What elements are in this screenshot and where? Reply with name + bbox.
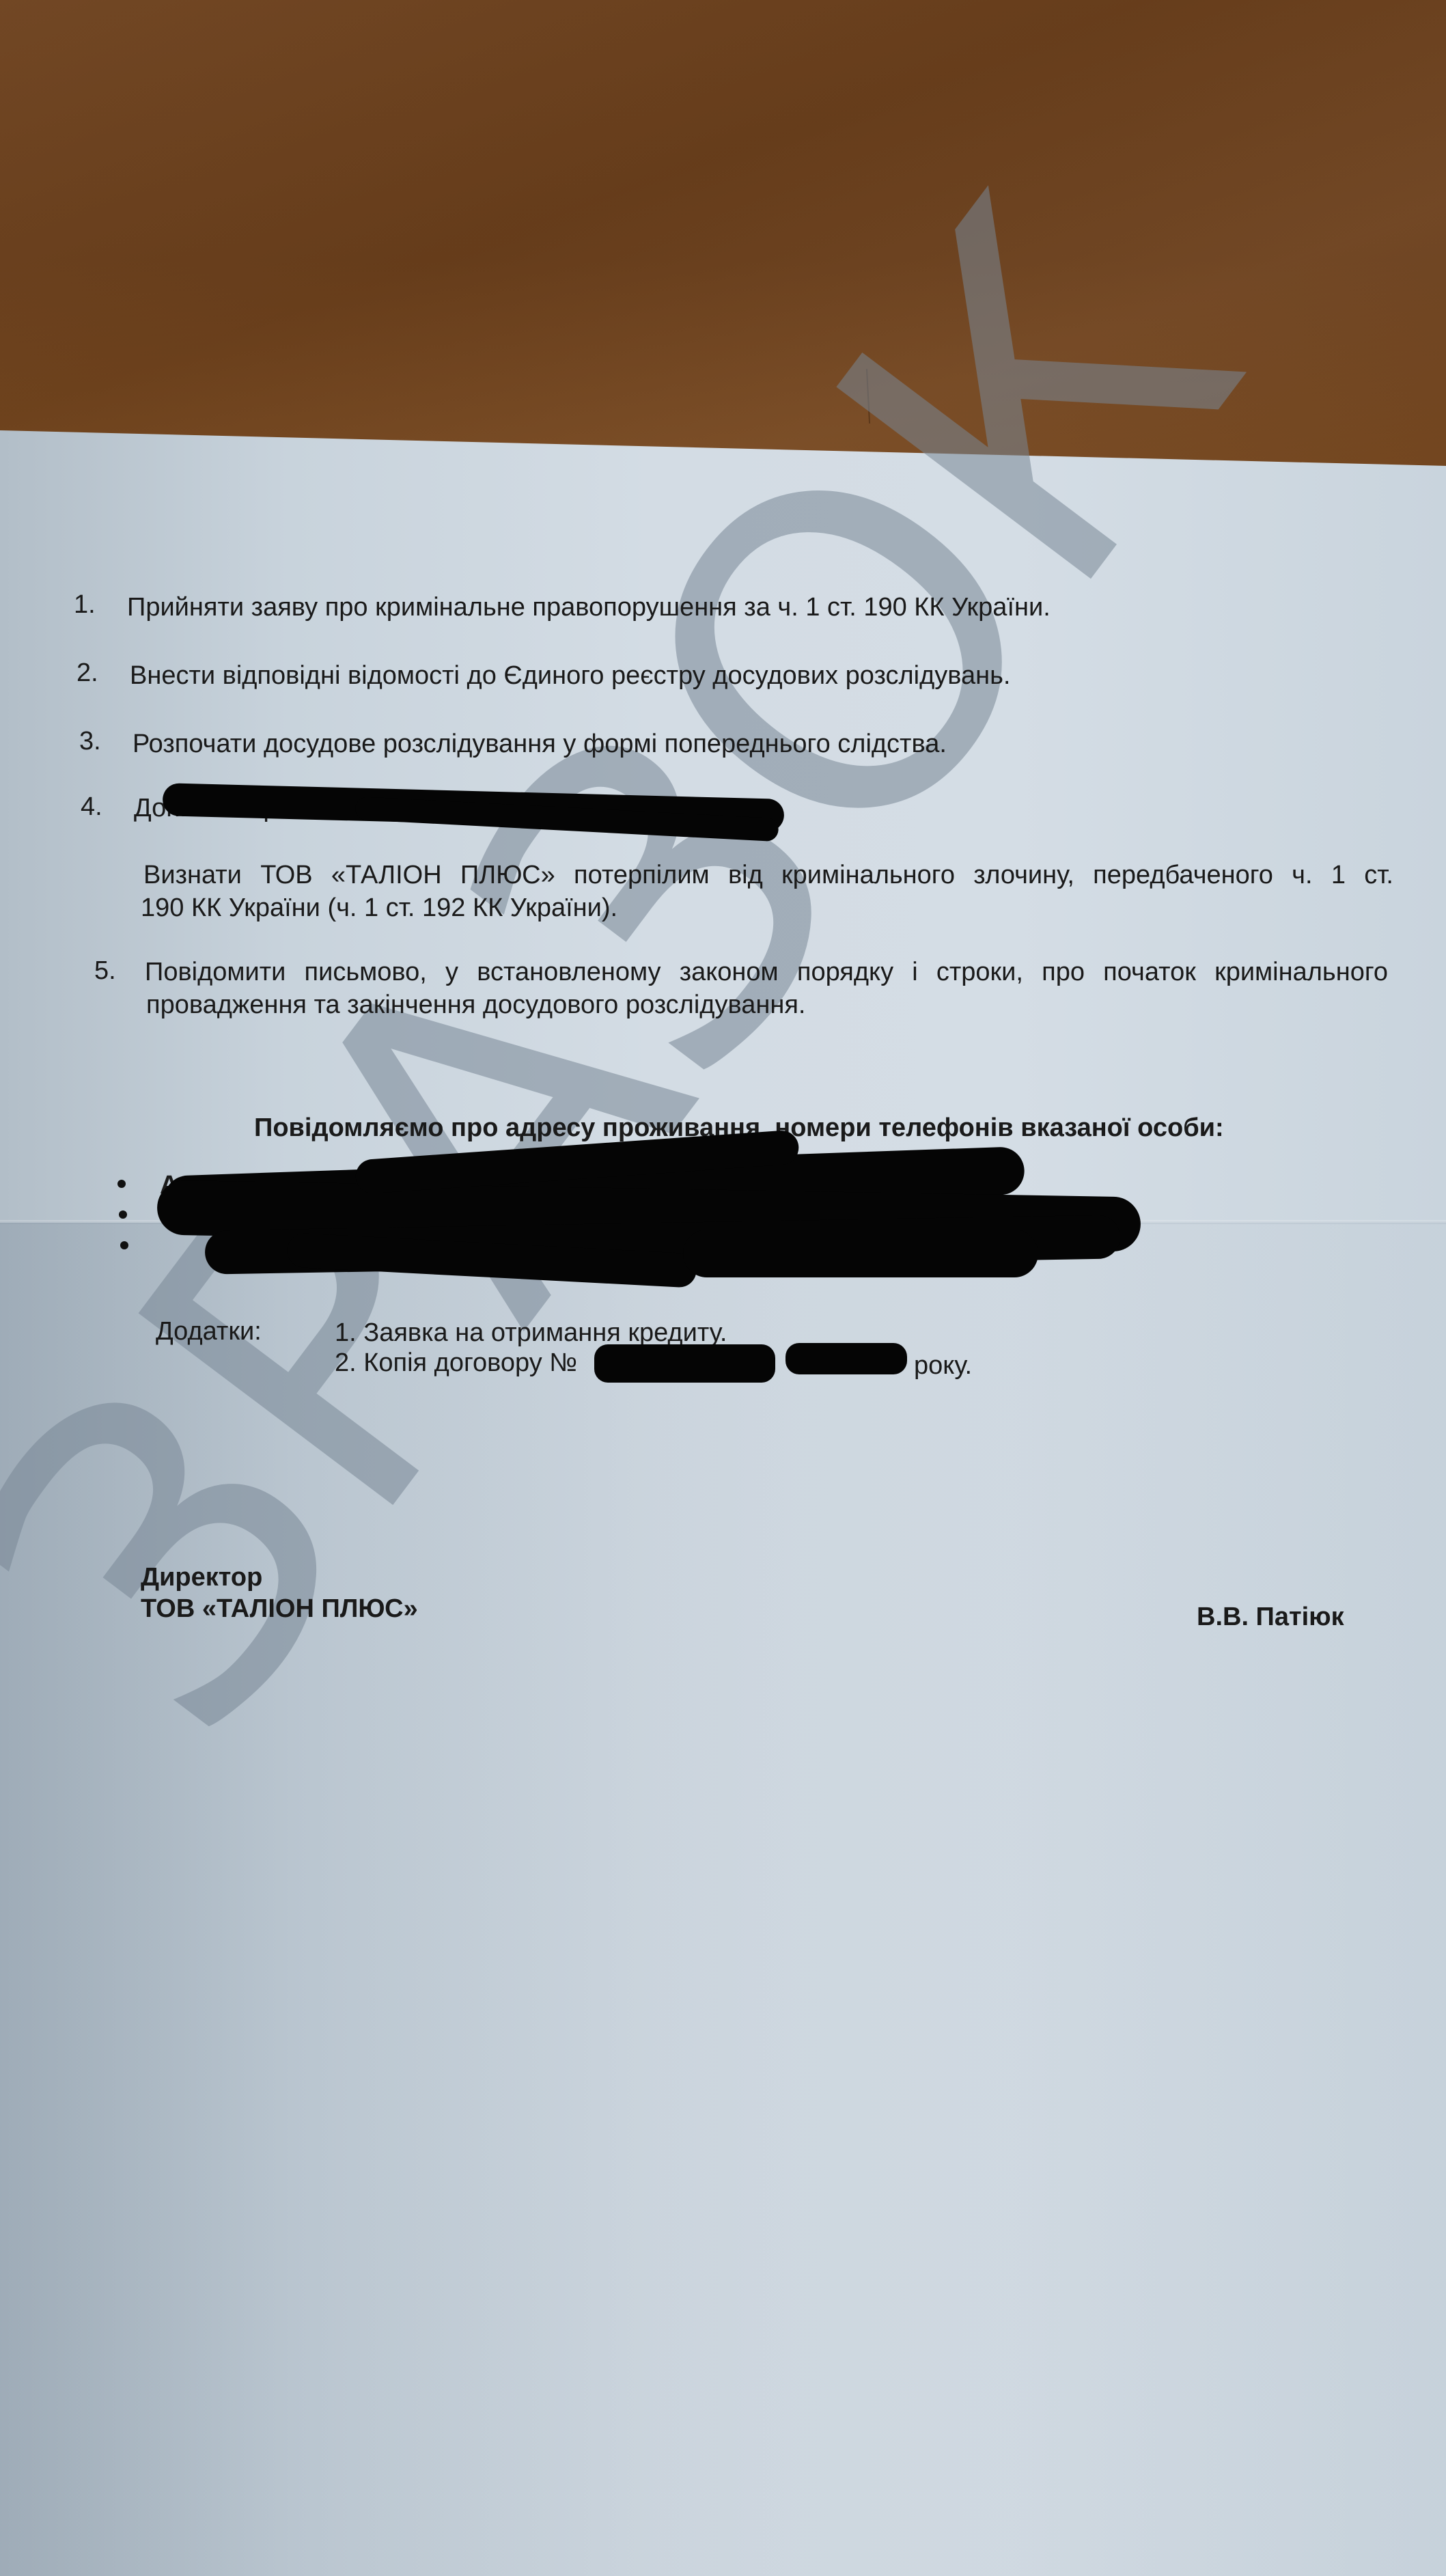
request-item-3: Розпочати досудове розслідування у формі… [133,728,947,760]
signatory-company: ТОВ «ТАЛІОН ПЛЮС» [141,1593,418,1624]
signatory-title: Директор [141,1562,262,1593]
recognize-victim-line-1: Визнати ТОВ «ТАЛІОН ПЛЮС» потерпілим від… [143,859,1393,891]
redaction-marker [594,1344,775,1383]
request-item-5-line-1: Повідомити письмово, у встановленому зак… [145,956,1388,988]
request-item-2: Внести відповідні відомості до Єдиного р… [130,660,1010,691]
request-item-5-line-2: провадження та закінчення досудового роз… [146,989,805,1021]
list-number: 2. [77,657,98,689]
request-item-1: Прийняти заяву про кримінальне правопору… [127,592,1051,623]
list-number: 5. [94,955,116,986]
attachments-label: Додатки: [156,1316,262,1347]
bullet [117,1180,126,1188]
attachment-item-2-suffix: року. [914,1350,972,1381]
document-content: 1. Прийняти заяву про кримінальне правоп… [0,0,1446,2576]
recognize-victim-line-2: 190 КК України (ч. 1 ст. 192 КК України)… [141,892,617,924]
list-number: 4. [81,791,102,822]
list-number: 1. [74,589,96,620]
list-number: 3. [79,725,101,757]
redaction-scribble [683,1230,1038,1277]
bullet [120,1241,128,1249]
attachment-item-2: 2. Копія договору № [335,1347,577,1379]
signatory-name: В.В. Патіюк [1197,1601,1344,1633]
redaction-marker [785,1343,907,1374]
bullet [119,1210,127,1219]
